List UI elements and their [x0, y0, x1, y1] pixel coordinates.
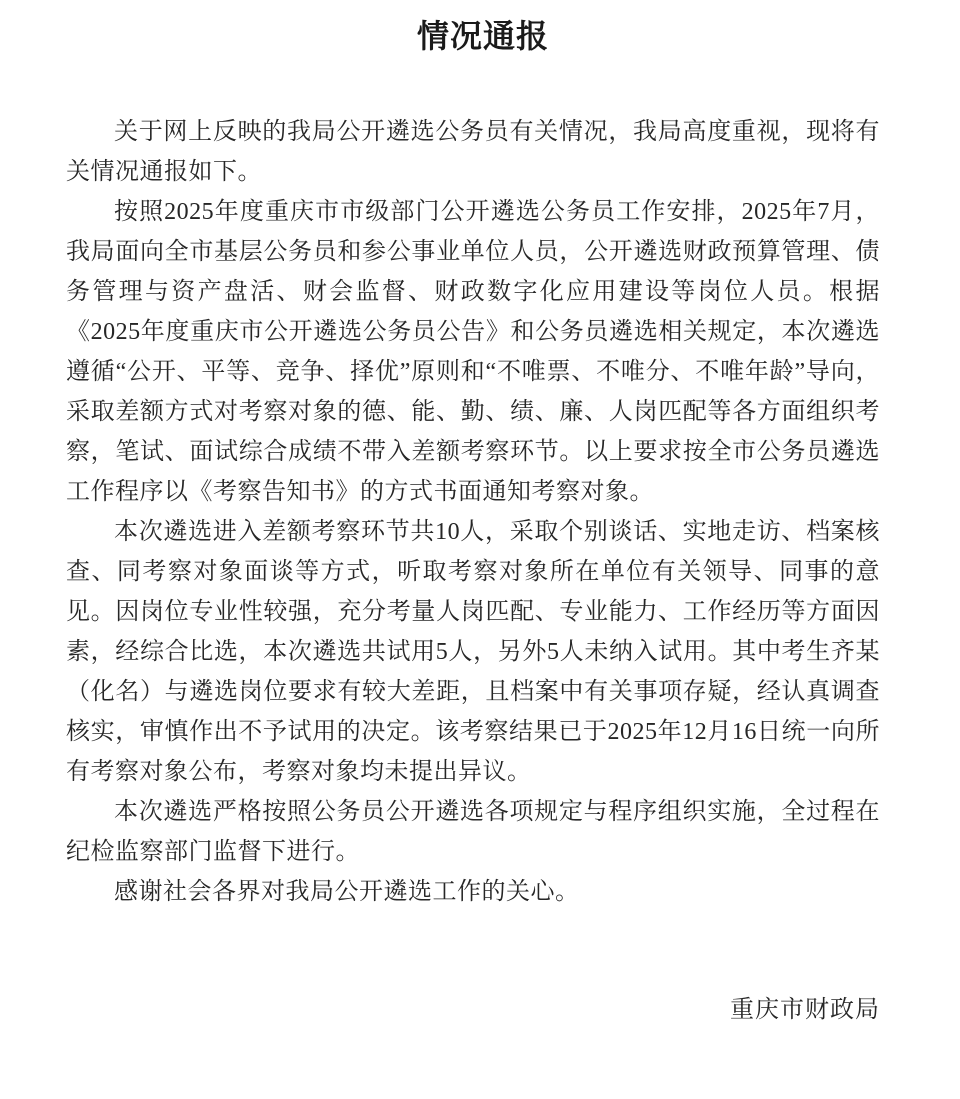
document-title: 情况通报	[66, 16, 880, 56]
paragraph-inspection-result: 本次遴选进入差额考察环节共10人，采取个别谈话、实地走访、档案核查、同考察对象面…	[66, 512, 880, 792]
paragraph-supervision: 本次遴选严格按照公务员公开遴选各项规定与程序组织实施，全过程在纪检监察部门监督下…	[66, 792, 880, 872]
notice-document: 情况通报 关于网上反映的我局公开遴选公务员有关情况，我局高度重视，现将有关情况通…	[0, 0, 960, 1099]
issuer-signature: 重庆市财政局	[66, 990, 880, 1030]
paragraph-intro: 关于网上反映的我局公开遴选公务员有关情况，我局高度重视，现将有关情况通报如下。	[66, 112, 880, 192]
paragraph-selection-arrangement: 按照2025年度重庆市市级部门公开遴选公务员工作安排，2025年7月，我局面向全…	[66, 192, 880, 512]
paragraph-thanks: 感谢社会各界对我局公开遴选工作的关心。	[66, 872, 880, 912]
document-body: 关于网上反映的我局公开遴选公务员有关情况，我局高度重视，现将有关情况通报如下。 …	[66, 112, 880, 912]
